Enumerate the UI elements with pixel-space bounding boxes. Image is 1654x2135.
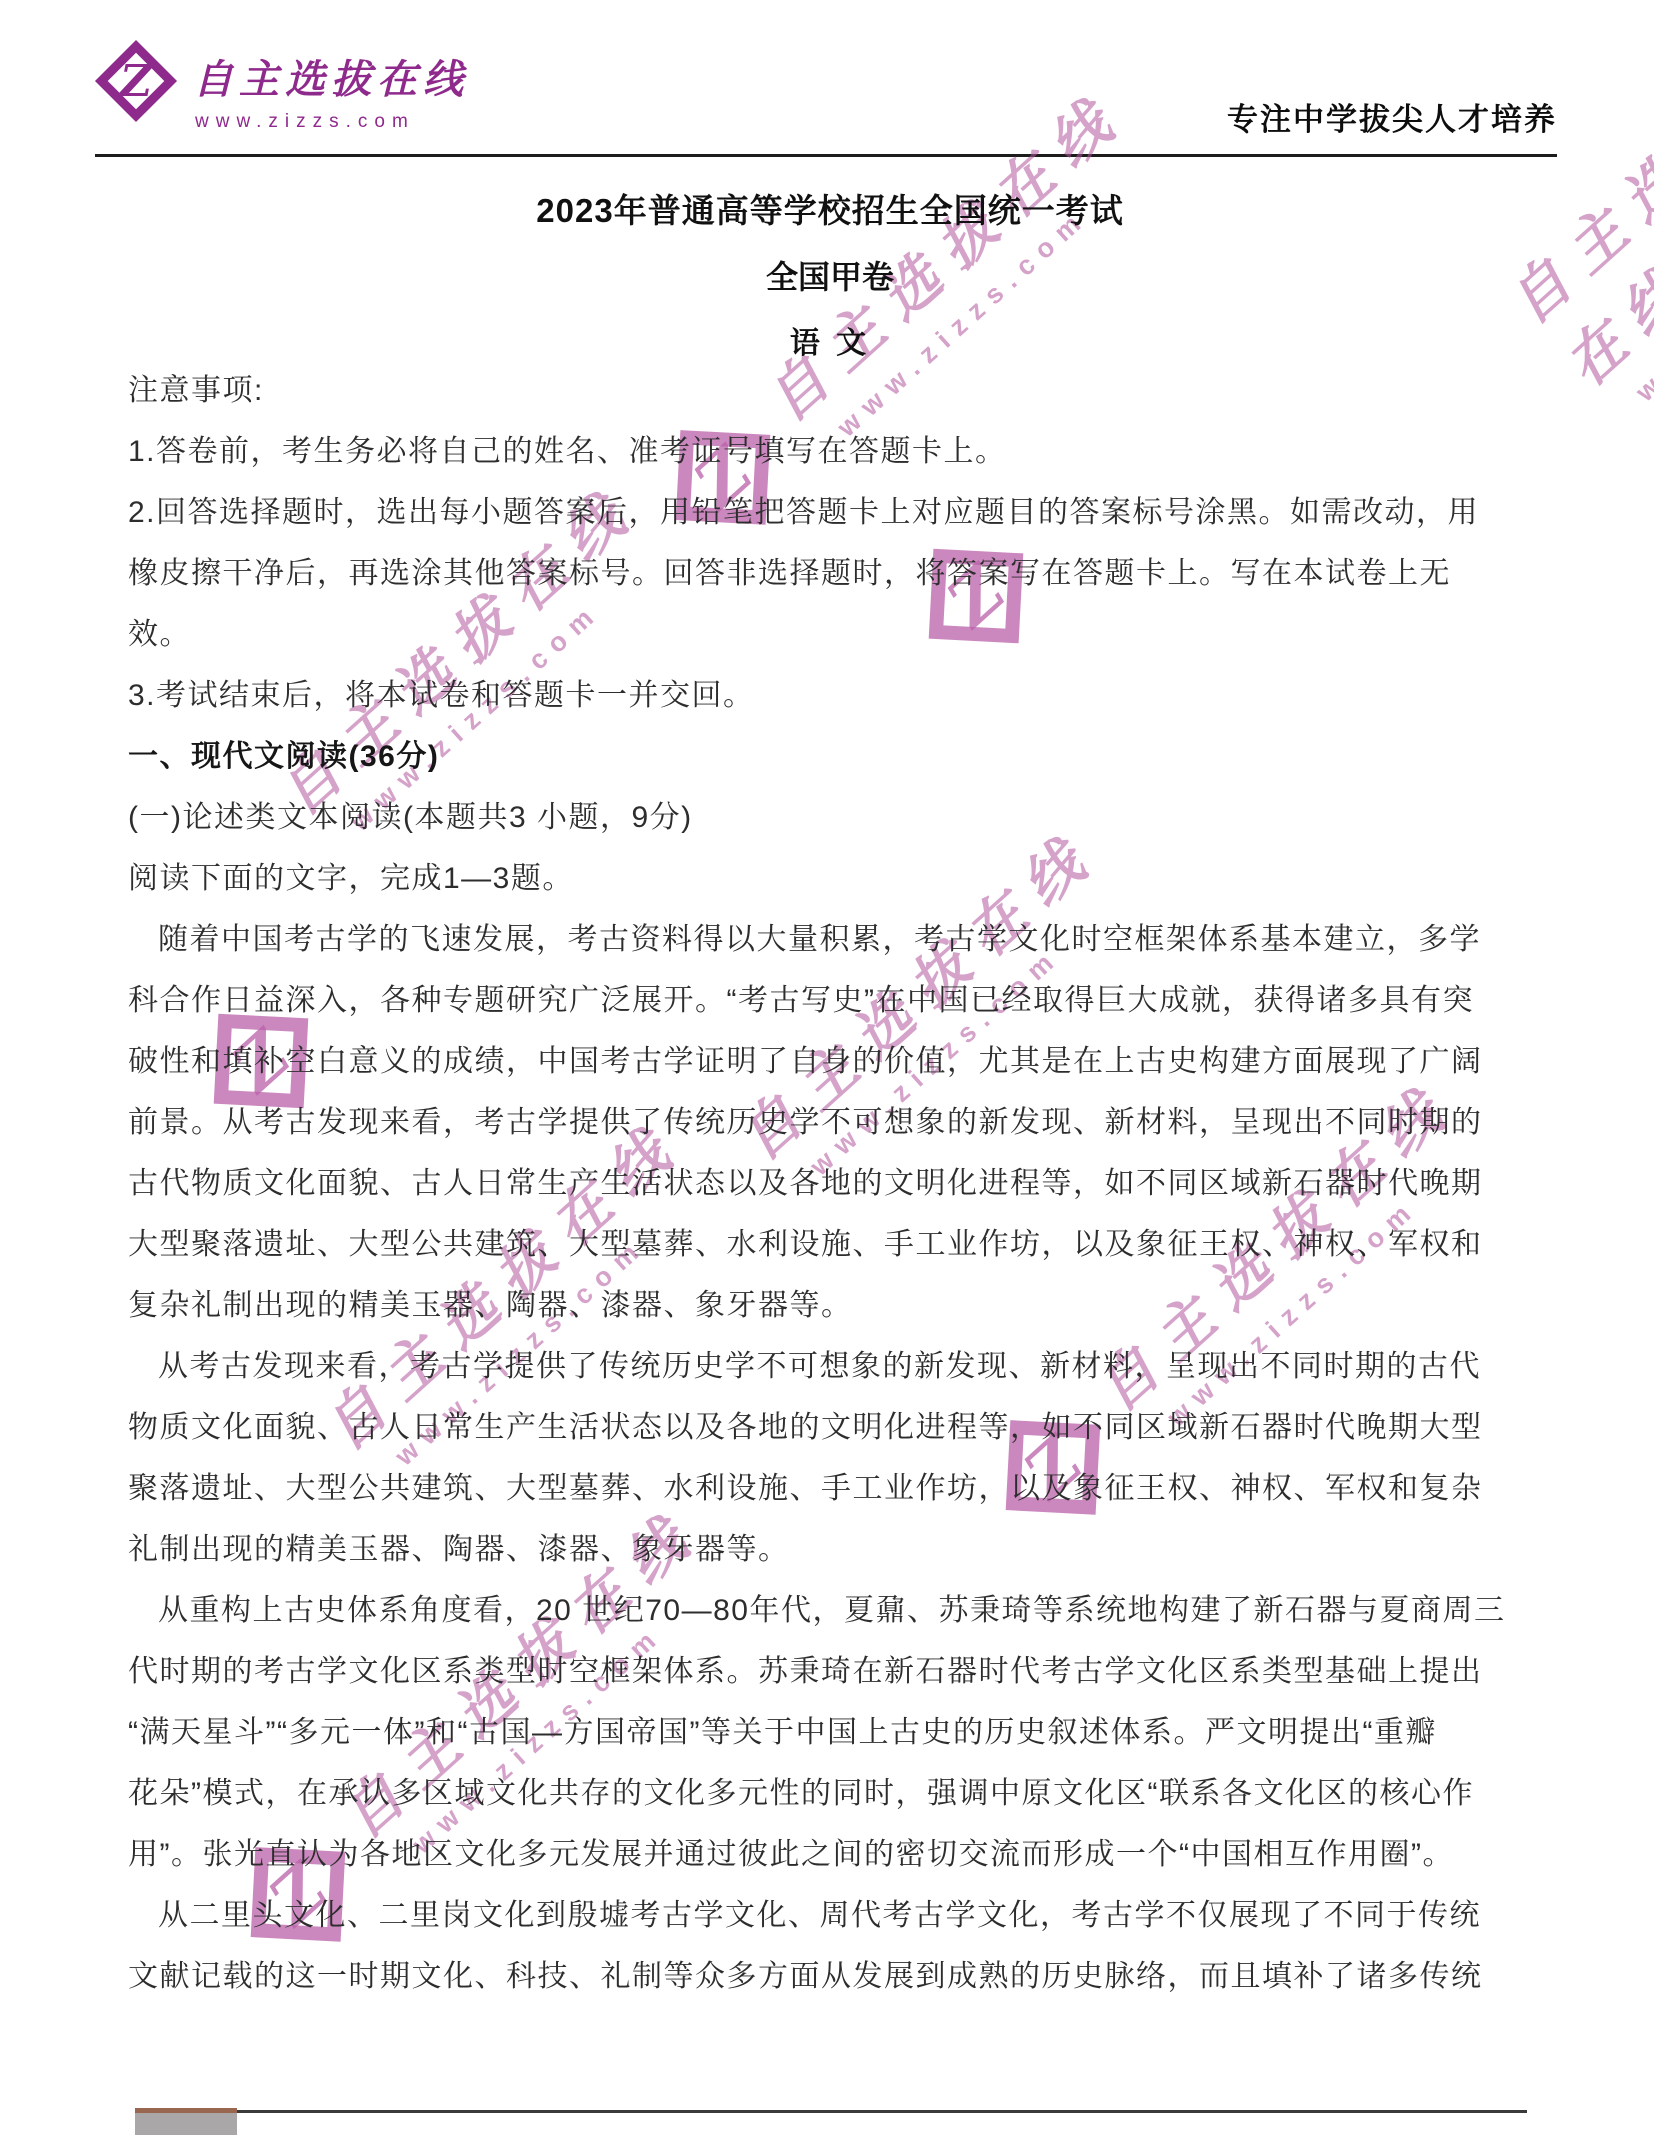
- brand-url: www.zizzs.com: [195, 111, 469, 133]
- text-line: 阅读下面的文字，完成1—3题。: [128, 848, 1532, 909]
- text-line: 用”。张光直认为各地区文化多元发展并通过彼此之间的密切交流而形成一个“中国相互作…: [128, 1824, 1532, 1885]
- header-slogan: 专注中学拔尖人才培养: [1227, 94, 1557, 139]
- text-line: 从二里头文化、二里岗文化到殷墟考古学文化、周代考古学文化，考古学不仅展现了不同于…: [128, 1885, 1532, 1946]
- text-line: 随着中国考古学的飞速发展，考古资料得以大量积累，考古学文化时空框架体系基本建立，…: [128, 909, 1532, 970]
- text-line: 代时期的考古学文化区系类型时空框架体系。苏秉琦在新石器时代考古学文化区系类型基础…: [128, 1641, 1532, 1702]
- brand-texts: 自主选拔在线 www.zizzs.com: [193, 48, 469, 133]
- text-line: 物质文化面貌、古人日常生产生活状态以及各地的文明化进程等，如不同区域新石器时代晚…: [128, 1397, 1532, 1458]
- doc-paper-name: 全国甲卷: [128, 252, 1532, 298]
- text-line: 从重构上古史体系角度看，20 世纪70—80年代，夏鼐、苏秉琦等系统地构建了新石…: [128, 1580, 1532, 1641]
- text-line: 聚落遗址、大型公共建筑、大型墓葬、水利设施、手工业作坊，以及象征王权、神权、军权…: [128, 1458, 1532, 1519]
- brand-header: Z 自主选拔在线 www.zizzs.com: [95, 40, 469, 133]
- brand-diamond-z-icon: Z: [95, 40, 177, 122]
- brand-name: 自主选拔在线: [193, 48, 469, 105]
- doc-subject: 语 文: [128, 318, 1532, 362]
- text-line: 古代物质文化面貌、古人日常生产生活状态以及各地的文明化进程等，如不同区域新石器时…: [128, 1153, 1532, 1214]
- text-line: 科合作日益深入，各种专题研究广泛展开。“考古写史”在中国已经取得巨大成就，获得诸…: [128, 970, 1532, 1031]
- text-line: “满天星斗”“多元一体”和“古国—方国帝国”等关于中国上古史的历史叙述体系。严文…: [128, 1702, 1532, 1763]
- text-line: 橡皮擦干净后，再选涂其他答案标号。回答非选择题时，将答案写在答题卡上。写在本试卷…: [128, 543, 1532, 604]
- text-line: (一)论述类文本阅读(本题共3 小题，9分): [128, 787, 1532, 848]
- footer-gray-box: [135, 2113, 237, 2135]
- text-line: 2.回答选择题时，选出每小题答案后，用铅笔把答题卡上对应题目的答案标号涂黑。如需…: [128, 482, 1532, 543]
- header-rule: [95, 154, 1557, 157]
- text-line: 大型聚落遗址、大型公共建筑、大型墓葬、水利设施、手工业作坊，以及象征王权、神权、…: [128, 1214, 1532, 1275]
- doc-title: 2023年普通高等学校招生全国统一考试: [128, 185, 1532, 232]
- body-lines: 注意事项:1.答卷前，考生务必将自己的姓名、准考证号填写在答题卡上。2.回答选择…: [128, 360, 1532, 2007]
- text-line: 文献记载的这一时期文化、科技、礼制等众多方面从发展到成熟的历史脉络，而且填补了诸…: [128, 1946, 1532, 2007]
- text-line: 礼制出现的精美玉器、陶器、漆器、象牙器等。: [128, 1519, 1532, 1580]
- text-line: 花朵”模式，在承认多区域文化共存的文化多元性的同时，强调中原文化区“联系各文化区…: [128, 1763, 1532, 1824]
- text-line: 3.考试结束后，将本试卷和答题卡一并交回。: [128, 665, 1532, 726]
- text-line: 破性和填补空白意义的成绩，中国考古学证明了自身的价值，尤其是在上古史构建方面展现…: [128, 1031, 1532, 1092]
- text-line: 复杂礼制出现的精美玉器、陶器、漆器、象牙器等。: [128, 1275, 1532, 1336]
- text-line: 效。: [128, 604, 1532, 665]
- footer-rule: [237, 2110, 1527, 2113]
- watermark-url: www.zizzs.com: [1605, 167, 1654, 431]
- text-line: 前景。从考古发现来看，考古学提供了传统历史学不可想象的新发现、新材料，呈现出不同…: [128, 1092, 1532, 1153]
- text-line: 注意事项:: [128, 360, 1532, 421]
- text-line: 一、现代文阅读(36分): [128, 726, 1532, 787]
- z-glyph: Z: [95, 40, 177, 122]
- text-line: 1.答卷前，考生务必将自己的姓名、准考证号填写在答题卡上。: [128, 421, 1532, 482]
- text-line: 从考古发现来看，考古学提供了传统历史学不可想象的新发现、新材料，呈现出不同时期的…: [128, 1336, 1532, 1397]
- exam-paper-page: Z自主选拔在线www.zizzs.com自主选拔在线www.zizzs.comZ…: [0, 0, 1654, 2135]
